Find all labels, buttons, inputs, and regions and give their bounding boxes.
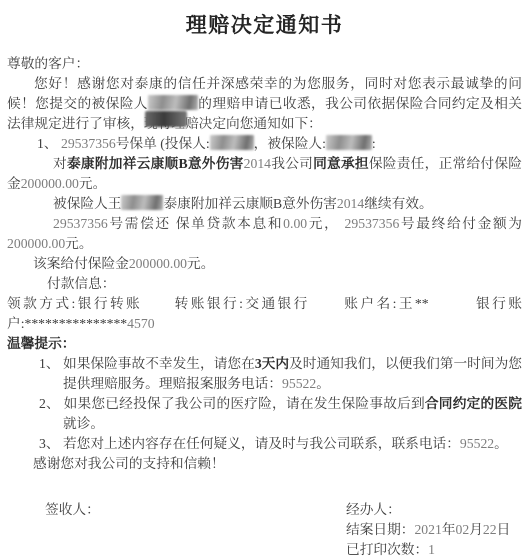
text-segment: 继续有效。 [364,196,432,211]
text-segment: 号最终给付金额为 [399,216,522,231]
handler-block: 经办人： 结案日期：2021年02月22日 已打印次数：1 [346,500,522,560]
column-gap [142,307,172,308]
text-segment: 泰康附加祥云康顺B意外伤害 [67,156,244,171]
text-segment: 同意承担 [313,156,369,171]
redacted-text [210,135,254,150]
signee-label: 签收人： [45,500,100,560]
text-segment: 02 [456,522,470,537]
payment-details-line: 领款方式:银行转账转账银行:交通银行账户名:王**银行账户:**********… [7,294,522,334]
text-segment: 年 [442,522,456,537]
page-title: 理赔决定通知书 [7,12,522,38]
text-segment: 3、 [39,436,63,451]
case-total-line: 该案给付保险金200000.00元。 [7,254,522,274]
policy-number-line: 1、 29537356号保单 (投保人:，被保险人:: [7,134,522,154]
text-segment: 号保单 (投保人: [116,136,210,151]
text-segment: ，被保险人: [254,136,326,151]
text-segment: 4570 [127,316,154,331]
closing-line: 感谢您对我公司的支持和信赖！ [33,454,522,474]
text-segment: 就诊。 [63,416,104,431]
case-close-date: 结案日期：2021年02月22日 [346,520,522,540]
text-segment: 对 [53,156,67,171]
loan-offset-line: 29537356号需偿还 保单贷款本息和0.00元， 29537356号最终给付… [7,214,522,254]
text-segment: 。 [494,436,508,451]
handler-label: 经办人： [346,500,522,520]
text-segment: 该案给付保险金 [33,256,129,271]
salutation: 尊敬的客户： [7,54,522,74]
text-segment: 日 [497,522,511,537]
text-segment: 元。 [65,236,92,251]
text-segment: 29537356 [61,136,116,151]
text-segment: 转账银行:交通银行 [172,296,310,311]
tip-item-3: 3、 若您对上述内容存在任何疑义，请及时与我公司联系，联系电话：95522。 [63,434,522,454]
text-segment: : [372,136,376,151]
tips-heading: 温馨提示： [7,334,522,354]
text-segment: 元， [307,216,344,231]
print-count: 已打印次数：1 [346,540,522,560]
text-segment: 2014 [337,196,364,211]
text-segment: 账户名:王** [342,296,429,311]
text-segment: 。 [316,376,330,391]
text-segment: 1、 [39,356,63,371]
signature-footer: 签收人： 经办人： 结案日期：2021年02月22日 已打印次数：1 [7,500,522,560]
tip-item-1: 1、 如果保险事故不幸发生，请您在3天内及时通知我们，以便我们第一时间为您提供理… [63,354,522,394]
text-segment: 元。 [79,176,106,191]
text-segment: 200000.00 [7,236,65,251]
text-segment: 200000.00 [21,176,79,191]
greeting-paragraph: 您好！感谢您对泰康的信任并深感荣幸的为您服务，同时对您表示最诚挚的问候！您提交的… [7,74,522,134]
text-segment: 已打印次数： [346,542,428,557]
text-segment: 月 [469,522,483,537]
text-segment: 泰康附加祥云康顺B意外伤害 [163,196,336,211]
text-segment: 元。 [187,256,214,271]
redacted-text [326,135,372,150]
policy-validity-line: 被保险人王泰康附加祥云康顺B意外伤害2014继续有效。 [7,194,522,214]
text-segment: 结案日期： [346,522,414,537]
text-segment: 0.00 [283,216,307,231]
redacted-text [121,195,163,210]
text-segment: 1、 [37,136,61,151]
text-segment: 合同约定的医院 [425,396,522,411]
tip-item-2: 2、 如果您已经投保了我公司的医疗险，请在发生保险事故后到合同约定的医院就诊。 [63,394,522,434]
payment-info-heading: 付款信息： [7,274,522,294]
decision-line: 对泰康附加祥云康顺B意外伤害2014我公司同意承担保险责任，正常给付保险金200… [7,154,522,194]
text-segment: 2021 [414,522,441,537]
text-segment: 29537356 [345,216,400,231]
text-segment: 3天内 [255,356,289,371]
text-segment: 号需偿还 保单贷款本息和 [108,216,283,231]
text-segment: 95522 [282,376,316,391]
text-segment: 22 [483,522,497,537]
text-segment: 29537356 [53,216,108,231]
text-segment: 付款信息： [47,276,115,291]
text-segment: 被保险人王 [53,196,121,211]
text-segment: 1 [428,542,435,557]
redacted-text [148,95,198,110]
text-segment: 2014 [244,156,271,171]
text-segment: 2、 [39,396,64,411]
text-segment: 感谢您对我公司的支持和信赖！ [33,456,225,471]
text-segment: 领款方式:银行转账 [7,296,142,311]
text-segment: 95522 [460,436,494,451]
text-segment: 200000.00 [129,256,187,271]
text-segment: 如果保险事故不幸发生，请您在 [63,356,255,371]
claim-decision-notice-document: 理赔决定通知书 尊敬的客户： 您好！感谢您对泰康的信任并深感荣幸的为您服务，同时… [0,0,529,560]
column-gap [310,307,342,308]
column-gap [429,307,474,308]
text-segment: 如果您已经投保了我公司的医疗险，请在发生保险事故后到 [64,396,425,411]
text-segment: 若您对上述内容存在任何疑义，请及时与我公司联系，联系电话： [63,436,460,451]
text-segment: 我公司 [271,156,313,171]
